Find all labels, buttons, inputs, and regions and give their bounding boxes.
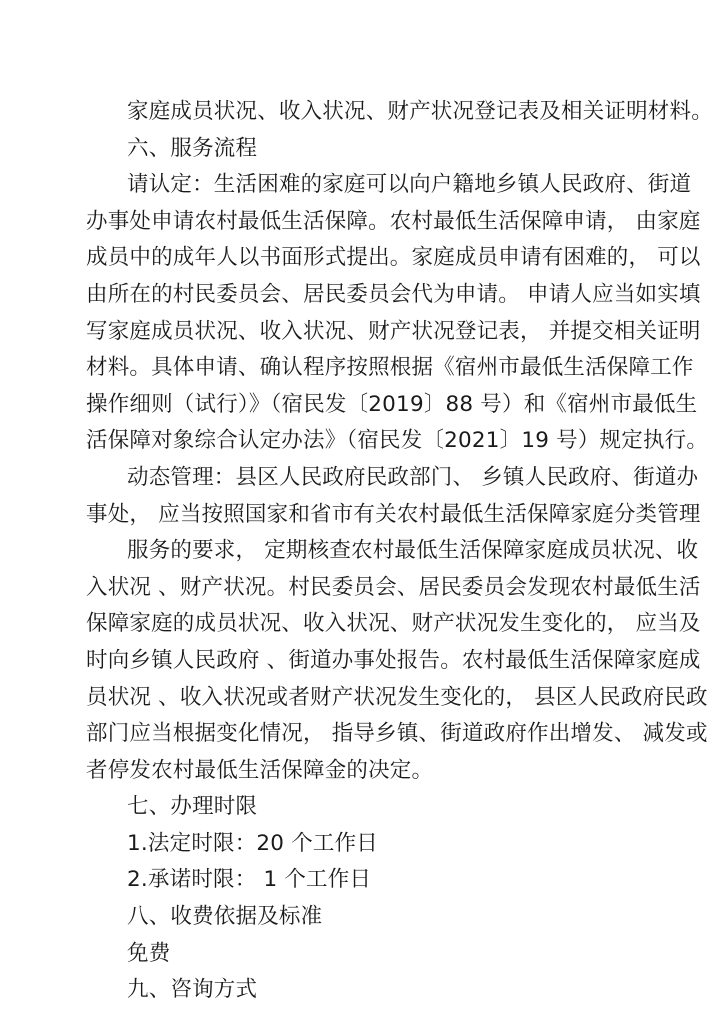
paragraph-line: 写家庭成员状况、收入状况、财产状况登记表， 并提交相关证明 [86, 314, 628, 351]
paragraph-line-end: 者停发农村最低生活保障金的决定。 [86, 753, 628, 790]
paragraph-line: 成员中的成年人以书面形式提出。家庭成员申请有困难的， 可以 [86, 240, 628, 277]
list-item-promised-time-limit: 2.承诺时限： 1 个工作日 [86, 862, 628, 899]
paragraph-line: 时向乡镇人民政府 、街道办事处报告。农村最低生活保障家庭成 [86, 643, 628, 680]
paragraph-line-service-requirements: 服务的要求， 定期核查农村最低生活保障家庭成员状况、收 [86, 533, 628, 570]
document-page: 家庭成员状况、收入状况、财产状况登记表及相关证明材料。 六、服务流程 请认定：生… [86, 94, 628, 1009]
paragraph-line: 事处， 应当按照国家和省市有关农村最低生活保障家庭分类管理 [86, 497, 628, 534]
section-heading-consultation: 九、咨询方式 [86, 972, 628, 1009]
paragraph-line-application: 请认定：生活困难的家庭可以向户籍地乡镇人民政府、街道 [86, 167, 628, 204]
paragraph-line: 部门应当根据变化情况， 指导乡镇、街道政府作出增发、 减发或 [86, 716, 628, 753]
paragraph-line: 员状况 、收入状况或者财产状况发生变化的， 县区人民政府民政 [86, 680, 628, 717]
paragraph-line-materials: 家庭成员状况、收入状况、财产状况登记表及相关证明材料。 [86, 94, 628, 131]
paragraph-line: 入状况 、财产状况。村民委员会、居民委员会发现农村最低生活 [86, 570, 628, 607]
paragraph-line: 办事处申请农村最低生活保障。农村最低生活保障申请， 由家庭 [86, 204, 628, 241]
list-item-legal-time-limit: 1.法定时限：20 个工作日 [86, 826, 628, 863]
paragraph-line: 保障家庭的成员状况、收入状况、财产状况发生变化的， 应当及 [86, 606, 628, 643]
paragraph-line-dynamic-management: 动态管理：县区人民政府民政部门、 乡镇人民政府、街道办 [86, 460, 628, 497]
fee-value: 免费 [86, 936, 628, 973]
section-heading-fee-basis: 八、收费依据及标准 [86, 899, 628, 936]
paragraph-line: 活保障对象综合认定办法》（宿民发〔2021〕19 号）规定执行。 [86, 423, 628, 460]
paragraph-line: 由所在的村民委员会、居民委员会代为申请。 申请人应当如实填 [86, 277, 628, 314]
paragraph-line: 材料。具体申请、确认程序按照根据《宿州市最低生活保障工作 [86, 350, 628, 387]
section-heading-service-process: 六、服务流程 [86, 131, 628, 168]
paragraph-line: 操作细则（试行）》（宿民发〔2019〕88 号）和《宿州市最低生 [86, 387, 628, 424]
section-heading-processing-time: 七、办理时限 [86, 789, 628, 826]
